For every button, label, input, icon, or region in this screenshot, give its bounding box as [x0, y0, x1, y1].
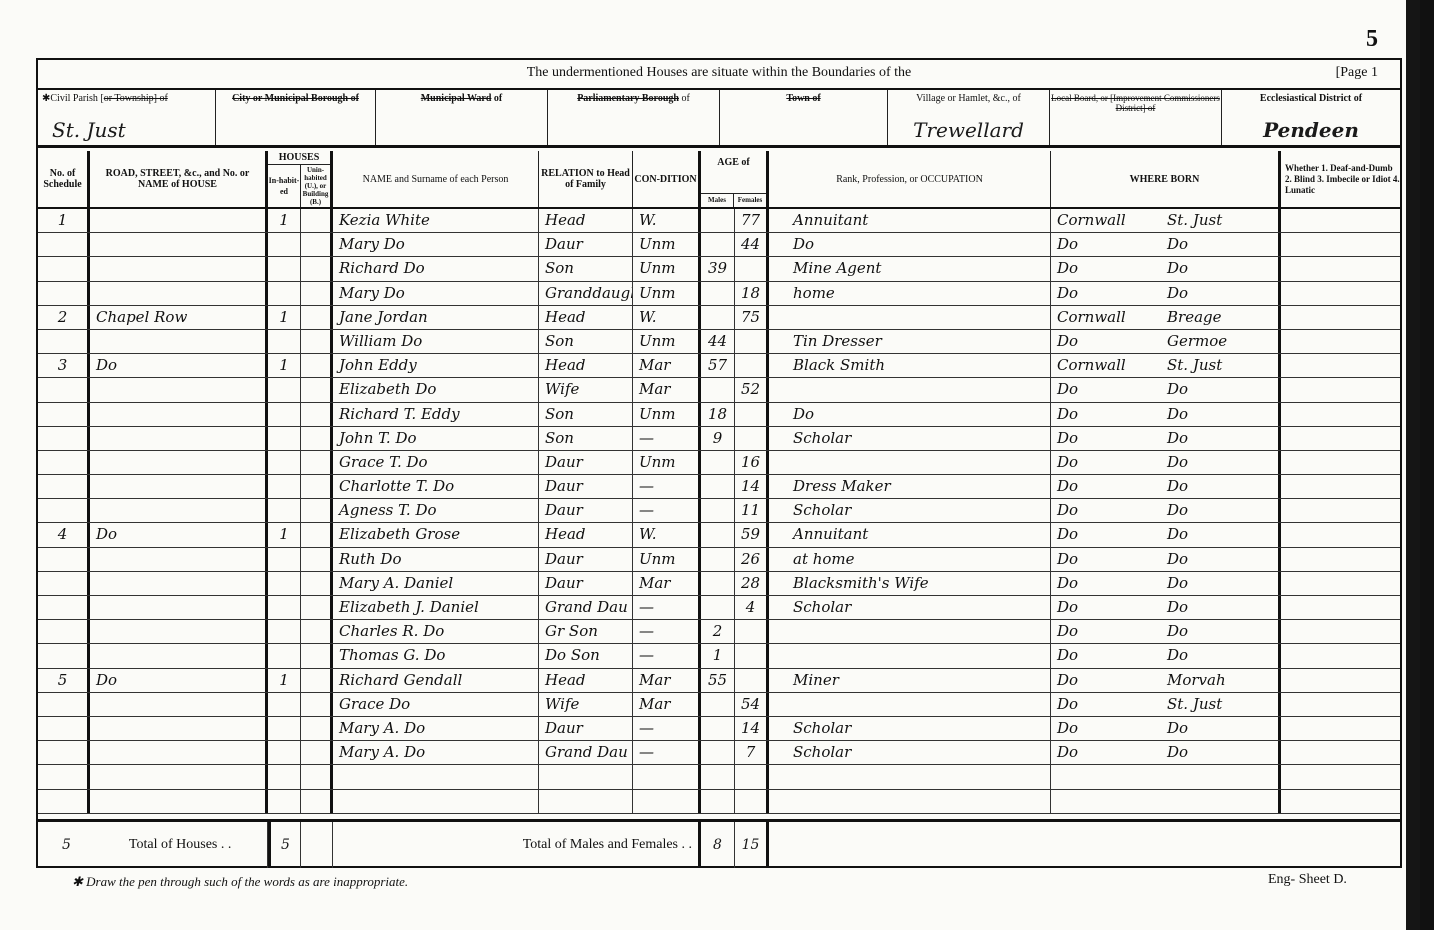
occupation: Black Smith	[769, 354, 1051, 377]
born-county: Do	[1057, 233, 1167, 256]
occupation	[769, 765, 1051, 788]
age-male	[701, 548, 735, 571]
age-female: 7	[735, 741, 769, 764]
infirmity	[1281, 790, 1400, 813]
uninhabited-count	[301, 790, 333, 813]
table-row: Mary A. Daniel Daur Mar 28 Blacksmith's …	[38, 572, 1400, 596]
condition: —	[633, 644, 701, 667]
age-female: 54	[735, 693, 769, 716]
occupation	[769, 451, 1051, 474]
where-born: Cornwall Breage	[1051, 306, 1281, 329]
born-county: Do	[1057, 403, 1167, 426]
age-male	[701, 523, 735, 546]
born-parish: Do	[1167, 596, 1188, 619]
road-name	[90, 693, 268, 716]
born-county: Cornwall	[1057, 306, 1167, 329]
road-name	[90, 427, 268, 450]
infirmity	[1281, 499, 1400, 522]
infirmity	[1281, 548, 1400, 571]
born-county	[1057, 790, 1167, 813]
person-name: William Do	[333, 330, 539, 353]
header-uninhabited: Unin-habited (U.), or Building (B.)	[301, 165, 330, 207]
person-name: Elizabeth J. Daniel	[333, 596, 539, 619]
header-houses-label: HOUSES	[268, 151, 330, 165]
person-name: Jane Jordan	[333, 306, 539, 329]
age-female: 77	[735, 209, 769, 232]
where-born: Do Do	[1051, 499, 1281, 522]
table-row: Mary Do Granddaughter Unm 18 home Do Do	[38, 282, 1400, 306]
age-female: 44	[735, 233, 769, 256]
infirmity	[1281, 669, 1400, 692]
born-county: Do	[1057, 548, 1167, 571]
age-female: 52	[735, 378, 769, 401]
inhabited-count	[268, 765, 301, 788]
person-name: Thomas G. Do	[333, 644, 539, 667]
relation: Son	[539, 403, 633, 426]
born-parish: Do	[1167, 282, 1188, 305]
schedule-number	[38, 693, 90, 716]
age-female	[735, 765, 769, 788]
town-cell: Town of	[720, 90, 888, 145]
relation: Head	[539, 209, 633, 232]
born-parish: Do	[1167, 620, 1188, 643]
age-male	[701, 282, 735, 305]
header-age: AGE of Males Females	[701, 151, 769, 207]
schedule-number	[38, 717, 90, 740]
occupation: at home	[769, 548, 1051, 571]
person-name: Richard Gendall	[333, 669, 539, 692]
condition: Unm	[633, 282, 701, 305]
occupation: Tin Dresser	[769, 330, 1051, 353]
relation: Head	[539, 669, 633, 692]
born-county: Do	[1057, 257, 1167, 280]
header-relation: RELATION to Head of Family	[539, 151, 633, 207]
born-county: Do	[1057, 693, 1167, 716]
header-infirmity: Whether 1. Deaf-and-Dumb 2. Blind 3. Imb…	[1281, 151, 1400, 207]
inhabited-count	[268, 596, 301, 619]
infirmity	[1281, 523, 1400, 546]
table-row: 2 Chapel Row 1 Jane Jordan Head W. 75 Co…	[38, 306, 1400, 330]
occupation	[769, 306, 1051, 329]
where-born: Do Morvah	[1051, 669, 1281, 692]
born-parish: Do	[1167, 499, 1188, 522]
footnote: ✱ Draw the pen through such of the words…	[72, 874, 408, 890]
infirmity	[1281, 209, 1400, 232]
inhabited-count	[268, 257, 301, 280]
totals-houses-label-cell: 5 Total of Houses . .	[38, 822, 268, 868]
infirmity	[1281, 330, 1400, 353]
inhabited-count	[268, 499, 301, 522]
road-name: Do	[90, 523, 268, 546]
age-male: 44	[701, 330, 735, 353]
born-parish: Germoe	[1167, 330, 1227, 353]
header-condition: CON-DITION	[633, 151, 701, 207]
born-county: Do	[1057, 572, 1167, 595]
relation: Daur	[539, 548, 633, 571]
admin-areas-row: ✱Civil Parish [or Township] of St. Just …	[38, 90, 1400, 148]
condition: Mar	[633, 354, 701, 377]
age-male: 39	[701, 257, 735, 280]
inhabited-count: 1	[268, 523, 301, 546]
schedule-number	[38, 257, 90, 280]
condition: —	[633, 499, 701, 522]
table-row: 5 Do 1 Richard Gendall Head Mar 55 Miner…	[38, 669, 1400, 693]
relation: Granddaughter	[539, 282, 633, 305]
age-female: 28	[735, 572, 769, 595]
inhabited-count	[268, 427, 301, 450]
person-name: Charles R. Do	[333, 620, 539, 643]
age-male: 9	[701, 427, 735, 450]
condition: W.	[633, 523, 701, 546]
born-parish: Do	[1167, 403, 1188, 426]
uninhabited-count	[301, 330, 333, 353]
road-name	[90, 475, 268, 498]
age-male	[701, 475, 735, 498]
age-male: 55	[701, 669, 735, 692]
inhabited-count	[268, 378, 301, 401]
person-name: Grace Do	[333, 693, 539, 716]
born-county: Do	[1057, 282, 1167, 305]
uninhabited-count	[301, 378, 333, 401]
uninhabited-count	[301, 765, 333, 788]
totals-houses-label: Total of Houses . .	[129, 837, 231, 853]
totals-females-cell: 15	[735, 822, 769, 868]
born-parish: Morvah	[1167, 669, 1226, 692]
uninhabited-count	[301, 475, 333, 498]
where-born: Do Do	[1051, 741, 1281, 764]
age-female: 4	[735, 596, 769, 619]
condition: —	[633, 620, 701, 643]
table-row: Richard Do Son Unm 39 Mine Agent Do Do	[38, 257, 1400, 281]
totals-males-value: 8	[713, 837, 722, 853]
age-male: 1	[701, 644, 735, 667]
uninhabited-count	[301, 427, 333, 450]
census-page: 5 The undermentioned Houses are situate …	[0, 0, 1420, 930]
relation: Son	[539, 257, 633, 280]
born-parish: Do	[1167, 233, 1188, 256]
age-male	[701, 451, 735, 474]
schedule-number	[38, 548, 90, 571]
inhabited-count	[268, 330, 301, 353]
condition: Mar	[633, 693, 701, 716]
totals-houses-value: 5	[281, 837, 290, 853]
sheet-number: 5	[1366, 26, 1378, 53]
municipal-ward-label: Municipal Ward	[421, 93, 492, 104]
road-name	[90, 330, 268, 353]
uninhabited-count	[301, 403, 333, 426]
road-name	[90, 596, 268, 619]
table-row: Grace T. Do Daur Unm 16 Do Do	[38, 451, 1400, 475]
where-born: Do Germoe	[1051, 330, 1281, 353]
road-name	[90, 790, 268, 813]
occupation: Scholar	[769, 427, 1051, 450]
age-male	[701, 717, 735, 740]
parliamentary-borough-label: Parliamentary Borough	[577, 93, 679, 104]
age-male	[701, 693, 735, 716]
uninhabited-count	[301, 596, 333, 619]
infirmity	[1281, 282, 1400, 305]
schedule-number	[38, 499, 90, 522]
occupation: Scholar	[769, 499, 1051, 522]
schedule-number	[38, 620, 90, 643]
table-row: Richard T. Eddy Son Unm 18 Do Do Do	[38, 403, 1400, 427]
schedule-number: 4	[38, 523, 90, 546]
born-parish: St. Just	[1167, 693, 1222, 716]
occupation	[769, 693, 1051, 716]
condition: Unm	[633, 233, 701, 256]
relation: Grand Dau	[539, 596, 633, 619]
header-schedule: No. of Schedule	[38, 151, 90, 207]
person-name: Kezia White	[333, 209, 539, 232]
born-county	[1057, 765, 1167, 788]
header-occupation: Rank, Profession, or OCCUPATION	[769, 151, 1051, 207]
relation: Daur	[539, 475, 633, 498]
condition	[633, 790, 701, 813]
schedule-number	[38, 427, 90, 450]
table-row: 4 Do 1 Elizabeth Grose Head W. 59 Annuit…	[38, 523, 1400, 547]
where-born: Do Do	[1051, 596, 1281, 619]
totals-persons-label: Total of Males and Females . .	[523, 837, 692, 853]
where-born: Do Do	[1051, 257, 1281, 280]
person-name: Agness T. Do	[333, 499, 539, 522]
uninhabited-count	[301, 523, 333, 546]
uninhabited-count	[301, 306, 333, 329]
occupation: Scholar	[769, 596, 1051, 619]
inhabited-count	[268, 282, 301, 305]
person-name: Grace T. Do	[333, 451, 539, 474]
totals-uninhabited-cell	[301, 822, 333, 868]
age-female	[735, 427, 769, 450]
uninhabited-count	[301, 282, 333, 305]
condition: Unm	[633, 451, 701, 474]
relation: Grand Dau	[539, 741, 633, 764]
born-county: Do	[1057, 523, 1167, 546]
born-county: Cornwall	[1057, 209, 1167, 232]
table-row: Thomas G. Do Do Son — 1 Do Do	[38, 644, 1400, 668]
inhabited-count	[268, 717, 301, 740]
condition: W.	[633, 306, 701, 329]
condition: Unm	[633, 403, 701, 426]
person-name: Mary A. Do	[333, 717, 539, 740]
municipal-ward-cell: Municipal Ward of	[376, 90, 548, 145]
age-female: 16	[735, 451, 769, 474]
infirmity	[1281, 596, 1400, 619]
occupation	[769, 378, 1051, 401]
inhabited-count: 1	[268, 669, 301, 692]
born-parish: Breage	[1167, 306, 1222, 329]
column-header-row: No. of Schedule ROAD, STREET, &c., and N…	[38, 151, 1400, 209]
inhabited-count	[268, 693, 301, 716]
parliamentary-borough-cell: Parliamentary Borough of	[548, 90, 720, 145]
age-male	[701, 306, 735, 329]
born-county: Do	[1057, 596, 1167, 619]
table-row	[38, 790, 1400, 814]
uninhabited-count	[301, 717, 333, 740]
person-name: Richard Do	[333, 257, 539, 280]
schedule-number: 3	[38, 354, 90, 377]
where-born: Do Do	[1051, 717, 1281, 740]
born-parish: St. Just	[1167, 209, 1222, 232]
census-form: The undermentioned Houses are situate wi…	[36, 58, 1402, 868]
born-parish: Do	[1167, 572, 1188, 595]
uninhabited-count	[301, 741, 333, 764]
road-name	[90, 572, 268, 595]
condition: Mar	[633, 572, 701, 595]
born-parish: St. Just	[1167, 354, 1222, 377]
infirmity	[1281, 354, 1400, 377]
occupation	[769, 620, 1051, 643]
age-female	[735, 257, 769, 280]
schedule-number	[38, 282, 90, 305]
age-female: 14	[735, 717, 769, 740]
occupation: home	[769, 282, 1051, 305]
born-parish: Do	[1167, 548, 1188, 571]
born-county: Do	[1057, 644, 1167, 667]
age-female: 14	[735, 475, 769, 498]
age-male	[701, 209, 735, 232]
uninhabited-count	[301, 572, 333, 595]
relation: Head	[539, 354, 633, 377]
road-name	[90, 620, 268, 643]
table-row: 3 Do 1 John Eddy Head Mar 57 Black Smith…	[38, 354, 1400, 378]
person-name: Ruth Do	[333, 548, 539, 571]
inhabited-count	[268, 451, 301, 474]
occupation: Annuitant	[769, 523, 1051, 546]
age-female	[735, 330, 769, 353]
born-county: Do	[1057, 427, 1167, 450]
road-name	[90, 451, 268, 474]
table-row: Agness T. Do Daur — 11 Scholar Do Do	[38, 499, 1400, 523]
relation	[539, 765, 633, 788]
age-male	[701, 790, 735, 813]
where-born: Do Do	[1051, 523, 1281, 546]
occupation: Scholar	[769, 741, 1051, 764]
road-name: Do	[90, 669, 268, 692]
relation: Daur	[539, 233, 633, 256]
header-inhabited: In-habit-ed	[268, 165, 301, 207]
condition: —	[633, 717, 701, 740]
ecclesiastical-cell: Ecclesiastical District of Pendeen	[1222, 90, 1400, 145]
civil-parish-value: St. Just	[38, 118, 215, 142]
schedule-number	[38, 330, 90, 353]
municipal-ward-suffix: of	[491, 93, 502, 104]
totals-row: 5 Total of Houses . . 5 Total of Males a…	[38, 819, 1400, 868]
person-name: Richard T. Eddy	[333, 403, 539, 426]
born-parish: Do	[1167, 378, 1188, 401]
where-born: Do Do	[1051, 548, 1281, 571]
age-female	[735, 354, 769, 377]
civil-parish-cell: ✱Civil Parish [or Township] of St. Just	[38, 90, 216, 145]
infirmity	[1281, 427, 1400, 450]
inhabited-count	[268, 790, 301, 813]
born-county: Do	[1057, 378, 1167, 401]
occupation	[769, 644, 1051, 667]
header-where-born: WHERE BORN	[1051, 151, 1281, 207]
inhabited-count	[268, 233, 301, 256]
table-row: Mary Do Daur Unm 44 Do Do Do	[38, 233, 1400, 257]
ecclesiastical-value: Pendeen	[1222, 118, 1400, 142]
uninhabited-count	[301, 499, 333, 522]
relation: Daur	[539, 499, 633, 522]
table-row: Ruth Do Daur Unm 26 at home Do Do	[38, 548, 1400, 572]
born-parish: Do	[1167, 475, 1188, 498]
born-parish: Do	[1167, 257, 1188, 280]
town-label: Town of	[786, 93, 820, 104]
condition: Mar	[633, 669, 701, 692]
road-name	[90, 499, 268, 522]
road-name: Chapel Row	[90, 306, 268, 329]
header-road: ROAD, STREET, &c., and No. or NAME of HO…	[90, 151, 268, 207]
relation: Head	[539, 306, 633, 329]
schedule-number	[38, 451, 90, 474]
age-female: 11	[735, 499, 769, 522]
relation: Daur	[539, 451, 633, 474]
where-born	[1051, 790, 1281, 813]
schedule-number	[38, 790, 90, 813]
table-row: 1 1 Kezia White Head W. 77 Annuitant Cor…	[38, 209, 1400, 233]
born-county: Do	[1057, 499, 1167, 522]
condition: Unm	[633, 257, 701, 280]
local-board-cell: Local Board, or [Improvement Commissione…	[1050, 90, 1222, 145]
schedule-number	[38, 765, 90, 788]
table-row: Mary A. Do Daur — 14 Scholar Do Do	[38, 717, 1400, 741]
inhabited-count	[268, 741, 301, 764]
person-name	[333, 790, 539, 813]
infirmity	[1281, 644, 1400, 667]
schedule-number	[38, 233, 90, 256]
relation: Wife	[539, 378, 633, 401]
born-county: Do	[1057, 330, 1167, 353]
condition: —	[633, 596, 701, 619]
age-male	[701, 596, 735, 619]
where-born	[1051, 765, 1281, 788]
road-name	[90, 403, 268, 426]
condition: —	[633, 475, 701, 498]
form-title-row: The undermentioned Houses are situate wi…	[38, 60, 1400, 90]
born-county: Do	[1057, 475, 1167, 498]
occupation: Do	[769, 403, 1051, 426]
where-born: Do Do	[1051, 378, 1281, 401]
road-name	[90, 282, 268, 305]
schedule-number	[38, 741, 90, 764]
table-row	[38, 765, 1400, 789]
city-borough-label: City or Municipal Borough of	[232, 93, 359, 104]
condition: Unm	[633, 548, 701, 571]
page-label: [Page 1	[1336, 60, 1378, 86]
relation: Son	[539, 427, 633, 450]
born-parish: Do	[1167, 717, 1188, 740]
age-male: 2	[701, 620, 735, 643]
road-name	[90, 209, 268, 232]
occupation	[769, 790, 1051, 813]
condition: —	[633, 741, 701, 764]
infirmity	[1281, 403, 1400, 426]
born-parish: Do	[1167, 644, 1188, 667]
civil-parish-label-struck: or Township] of	[104, 93, 168, 104]
header-houses: HOUSES In-habit-ed Unin-habited (U.), or…	[268, 151, 333, 207]
uninhabited-count	[301, 669, 333, 692]
person-name: Mary Do	[333, 282, 539, 305]
where-born: Do Do	[1051, 427, 1281, 450]
header-age-label: AGE of	[701, 157, 766, 168]
road-name	[90, 378, 268, 401]
schedule-number: 5	[38, 669, 90, 692]
where-born: Do Do	[1051, 282, 1281, 305]
born-county: Do	[1057, 741, 1167, 764]
infirmity	[1281, 257, 1400, 280]
where-born: Do Do	[1051, 475, 1281, 498]
age-male	[701, 765, 735, 788]
